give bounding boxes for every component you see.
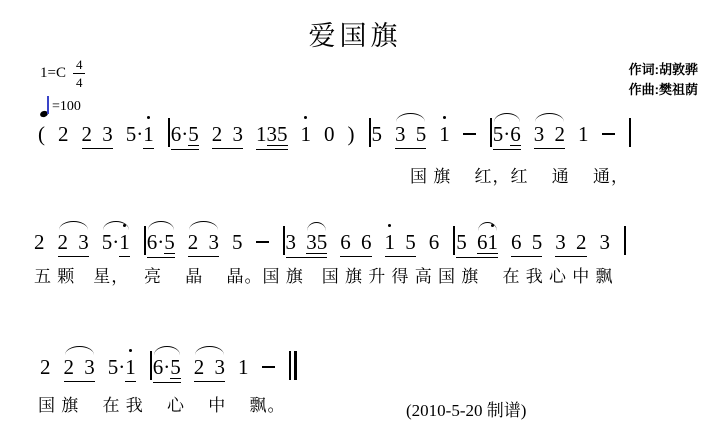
note-text: 6: [429, 230, 440, 255]
time-signature-denominator: 4: [73, 74, 86, 89]
slur-group: 2 3: [64, 355, 95, 382]
note-text: 6: [477, 230, 488, 254]
note-text: 6·: [147, 230, 165, 254]
lyricist-credit: 作词:胡敦骅: [629, 60, 698, 80]
note-text: 5: [456, 230, 477, 254]
slur-group: 2 3: [188, 230, 219, 257]
beam-underline-group: 1: [119, 231, 130, 257]
beam-underline-group: 5·6: [493, 123, 521, 150]
note-text: 1: [238, 355, 249, 380]
beam-underline-group: 3 35: [286, 231, 328, 258]
note-text: 5·: [493, 122, 511, 146]
barline: [490, 118, 492, 147]
key-signature-row: 1=C 4 4: [40, 58, 85, 89]
note-text: 35: [267, 122, 288, 146]
sheet-music-page: 爱国旗 作词:胡敦骅 作曲:樊祖荫 1=C 4 4 =100 (2010-5-2…: [0, 0, 710, 441]
note-text: 2 3: [212, 122, 243, 146]
beam-underline-group: 2 3: [188, 231, 219, 257]
lyrics-line: 五 颗 星， 亮 晶 晶。国 旗 国 旗 升 得 高 国 旗 在 我 心 中 飘: [34, 262, 614, 287]
slur-group: 5·1: [102, 230, 130, 257]
composer-credit: 作曲:樊祖荫: [629, 80, 698, 100]
beam-underline-group: 6·5: [147, 231, 175, 258]
slur-group: 5·6: [493, 122, 521, 150]
note-text: 6·: [171, 122, 189, 146]
barline: [629, 118, 631, 147]
duration-dash: [463, 133, 476, 135]
beam-underline-group: 35: [267, 123, 288, 146]
note-text: 1: [256, 122, 267, 146]
note-group: 5·1: [108, 355, 136, 382]
note-text: 5·: [102, 230, 120, 254]
beam-underline-group: 2 3: [212, 123, 243, 149]
notation-line: 22 35·16·52 353 356 61 565 616 53 23: [34, 213, 627, 258]
beam-underline-group: 135: [256, 123, 288, 150]
note-text: 3 2: [534, 122, 565, 146]
note-text: 3: [286, 230, 307, 254]
note-text: 5: [170, 355, 181, 379]
high-octave-note: 1: [488, 230, 499, 254]
note-text: ): [348, 122, 355, 147]
notation-line: 22 35·16·52 31: [40, 338, 298, 383]
beam-underline-group: 2 3: [58, 231, 89, 257]
note-text: 2 3: [194, 355, 225, 379]
high-octave-note: 1: [119, 230, 130, 254]
notation-line: (22 35·16·52 313510)53 515·63 21: [38, 105, 632, 150]
note-group: 5·1: [126, 122, 154, 149]
credits-block: 作词:胡敦骅 作曲:樊祖荫: [629, 60, 698, 99]
note-text: 2: [40, 355, 51, 380]
beam-underline-group: 2 3: [82, 123, 113, 149]
note-text: 6: [510, 122, 521, 146]
slur-group: 6·5: [153, 355, 181, 383]
duration-dash: [602, 133, 615, 135]
note-text: 6 5: [511, 230, 542, 254]
beam-underline-group: 5 61: [456, 231, 498, 258]
beam-underline-group: 35: [306, 231, 327, 254]
high-octave-note: 1: [301, 122, 312, 147]
note-text: 6·: [153, 355, 171, 379]
note-text: 2 3: [64, 355, 95, 379]
beam-underline-group: 1: [125, 356, 136, 382]
beam-underline-group: 3 2: [534, 123, 565, 149]
beam-underline-group: 5: [164, 231, 175, 254]
beam-underline-group: 2 3: [194, 356, 225, 382]
barline: [144, 226, 146, 255]
slur-group: 2 3: [58, 230, 89, 257]
slur-group: 3 2: [534, 122, 565, 149]
high-octave-note: 1: [125, 355, 136, 379]
time-signature-numerator: 4: [73, 58, 86, 74]
beam-underline-group: 2 3: [64, 356, 95, 382]
slur-group: 35: [306, 231, 327, 254]
barline: [624, 226, 626, 255]
time-signature: 4 4: [73, 58, 86, 89]
beam-underline-group: 61: [477, 231, 498, 254]
note-text: 3 2: [555, 230, 586, 254]
lyrics-line: 国 旗 红，红 通 通，: [410, 162, 629, 187]
note-text: 5·: [126, 122, 144, 146]
note-text: 2 3: [82, 122, 113, 146]
high-octave-note: 1: [439, 122, 450, 147]
engraving-date-note: (2010-5-20 制谱): [406, 396, 526, 421]
note-text: 35: [306, 230, 327, 254]
note-group: 5·1: [102, 230, 130, 257]
note-text: (: [38, 122, 45, 147]
note-text: 6 6: [340, 230, 371, 254]
barline: [283, 226, 285, 255]
note-text: 5·: [108, 355, 126, 379]
barline: [150, 351, 152, 380]
beam-underline-group: 5: [188, 123, 199, 146]
beam-underline-group: 6 5: [511, 231, 542, 257]
slur-group: 2 3: [194, 355, 225, 382]
beam-underline-group: 1 5: [385, 231, 416, 257]
song-title: 爱国旗: [0, 14, 710, 53]
note-text: 5: [232, 230, 243, 255]
high-octave-note: 1: [385, 230, 396, 254]
beam-underline-group: 5: [170, 356, 181, 379]
note-text: 5: [372, 122, 383, 147]
key-signature: 1=C: [40, 65, 66, 82]
beam-underline-group: 6·5: [171, 123, 199, 150]
slur-group: 3 5: [395, 122, 426, 149]
final-barline: [289, 351, 297, 380]
beam-underline-group: 6: [510, 123, 521, 146]
note-text: 2 3: [58, 230, 89, 254]
high-octave-note: 1: [143, 122, 154, 146]
note-text: 5: [395, 230, 416, 254]
beam-underline-group: 3 5: [395, 123, 426, 149]
duration-dash: [262, 366, 275, 368]
beam-underline-group: 6 6: [340, 231, 371, 257]
note-text: 5: [164, 230, 175, 254]
note-text: 3 5: [395, 122, 426, 146]
beam-underline-group: 3 2: [555, 231, 586, 257]
barline: [369, 118, 371, 147]
beam-underline-group: 1: [143, 123, 154, 149]
note-text: 0: [324, 122, 335, 147]
note-text: 2: [34, 230, 45, 255]
note-text: 3: [600, 230, 611, 255]
beam-underline-group: 6·5: [153, 356, 181, 383]
lyrics-line: 国 旗 在 我 心 中 飘。: [38, 391, 286, 416]
note-text: 5: [188, 122, 199, 146]
slur-group: 61: [477, 231, 498, 254]
duration-dash: [256, 241, 269, 243]
note-text: 2: [58, 122, 69, 147]
barline: [453, 226, 455, 255]
barline: [168, 118, 170, 147]
note-text: 2 3: [188, 230, 219, 254]
note-text: 1: [578, 122, 589, 147]
slur-group: 6·5: [147, 230, 175, 258]
